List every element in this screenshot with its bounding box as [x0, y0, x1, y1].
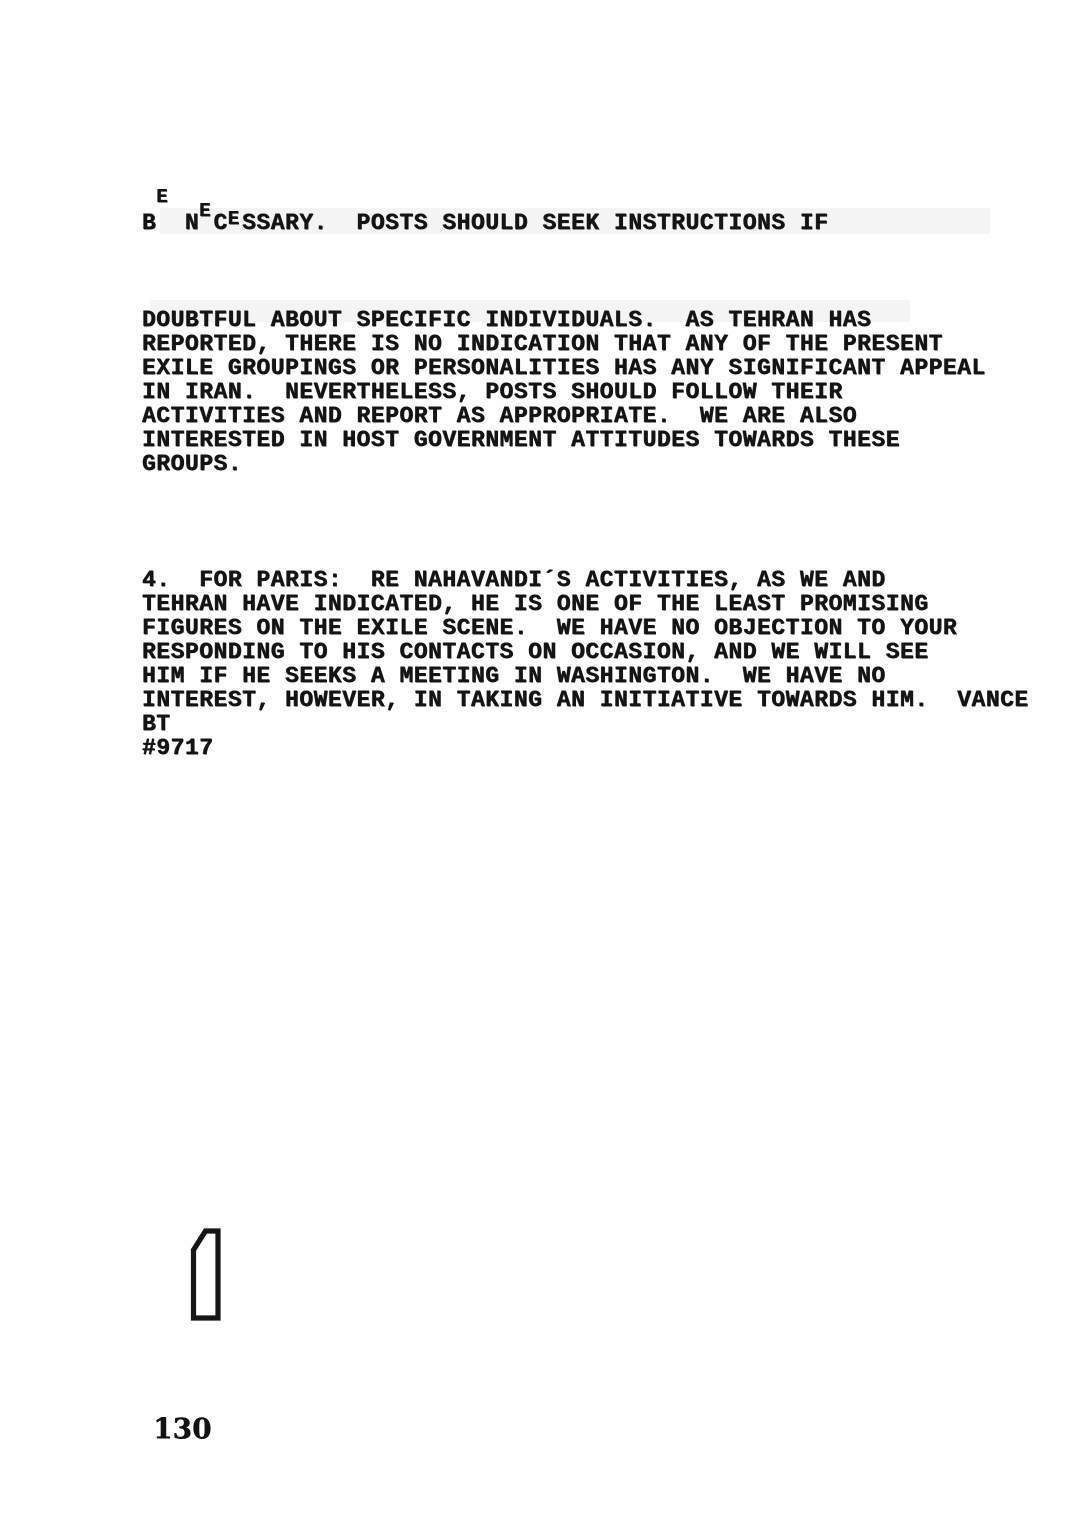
raised-char-e: E	[156, 185, 170, 209]
numeral-1-outline-mark	[188, 1226, 224, 1324]
telegram-line-be-necessary: BE NECESSARY. POSTS SHOULD SEEK INSTRUCT…	[142, 211, 1042, 236]
telegram-paragraph-2: 4. FOR PARIS: RE NAHAVANDI´S ACTIVITIES,…	[142, 568, 1042, 760]
raised-char-e: E	[199, 199, 213, 223]
char-b: B	[142, 210, 156, 236]
raised-char-e: E	[228, 207, 242, 231]
telegram-paragraph-1: DOUBTFUL ABOUT SPECIFIC INDIVIDUALS. AS …	[142, 308, 1042, 476]
scanned-document-page: BE NECESSARY. POSTS SHOULD SEEK INSTRUCT…	[0, 0, 1067, 1513]
chars-n: N	[171, 210, 200, 236]
telegram-body: BE NECESSARY. POSTS SHOULD SEEK INSTRUCT…	[142, 163, 1042, 808]
line1-rest: SSARY. POSTS SHOULD SEEK INSTRUCTIONS IF	[242, 210, 828, 236]
char-c: C	[214, 210, 228, 236]
page-number: 130	[153, 1412, 211, 1445]
